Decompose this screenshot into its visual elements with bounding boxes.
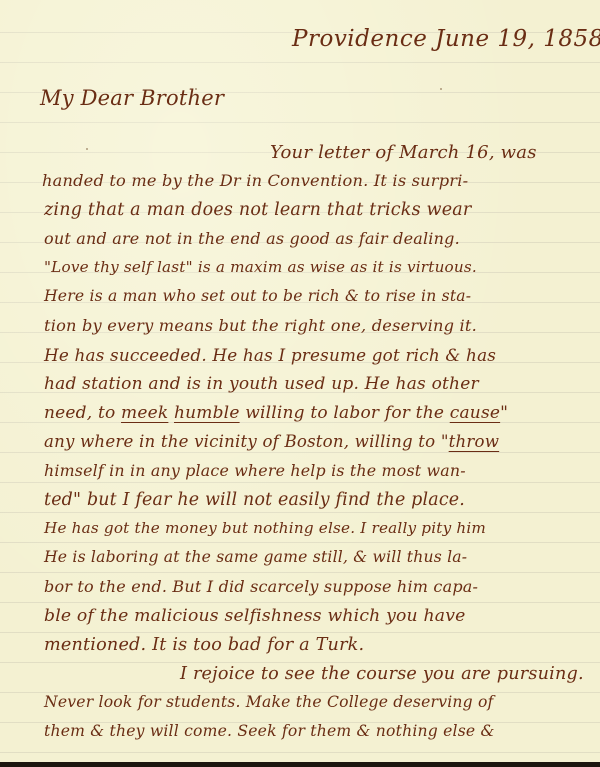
letter-line: handed to me by the Dr in Convention. It… bbox=[42, 171, 468, 190]
letter-line-with-underlines: any where in the vicinity of Boston, wil… bbox=[44, 432, 499, 451]
underlined-word: humble bbox=[174, 403, 240, 423]
letter-line: He is laboring at the same game still, &… bbox=[44, 548, 467, 566]
underlined-word: cause bbox=[450, 403, 500, 423]
letter-page: Providence June 19, 1858 My Dear Brother… bbox=[0, 0, 600, 762]
letter-line: I rejoice to see the course you are purs… bbox=[180, 664, 584, 684]
letter-line: out and are not in the end as good as fa… bbox=[44, 229, 460, 248]
letter-line: tion by every means but the right one, d… bbox=[44, 316, 477, 335]
letter-line: Never look for students. Make the Colleg… bbox=[44, 693, 494, 711]
letter-line: ble of the malicious selfishness which y… bbox=[44, 606, 466, 626]
letter-line: bor to the end. But I did scarcely suppo… bbox=[44, 577, 478, 596]
letter-line: ted" but I fear he will not easily find … bbox=[44, 490, 465, 510]
line-part: any where in the vicinity of Boston, wil… bbox=[44, 432, 449, 451]
letter-line: mentioned. It is too bad for a Turk. bbox=[44, 635, 364, 655]
letter-line: himself in in any place where help is th… bbox=[44, 461, 466, 480]
letter-line: them & they will come. Seek for them & n… bbox=[44, 722, 495, 740]
letter-line: He has got the money but nothing else. I… bbox=[44, 519, 486, 537]
page-bottom-edge bbox=[0, 762, 600, 767]
paper-speck bbox=[86, 148, 88, 150]
paper-speck bbox=[440, 88, 442, 90]
letter-line: "Love thy self last" is a maxim as wise … bbox=[44, 258, 477, 276]
letter-line: had station and is in youth used up. He … bbox=[44, 374, 479, 394]
letter-line-with-underlines: need, to meek humble willing to labor fo… bbox=[44, 403, 508, 423]
dateline: Providence June 19, 1858 bbox=[292, 26, 600, 52]
line-part: need, to bbox=[44, 403, 121, 423]
paper-speck bbox=[195, 88, 197, 90]
line-part: willing to labor for the bbox=[240, 403, 450, 423]
underlined-word: meek bbox=[121, 403, 168, 423]
letter-line: Your letter of March 16, was bbox=[270, 142, 537, 163]
letter-line: Here is a man who set out to be rich & t… bbox=[44, 287, 471, 305]
underlined-word: throw bbox=[449, 432, 499, 451]
letter-line: zing that a man does not learn that tric… bbox=[44, 200, 471, 220]
letter-line: He has succeeded. He has I presume got r… bbox=[44, 345, 496, 365]
